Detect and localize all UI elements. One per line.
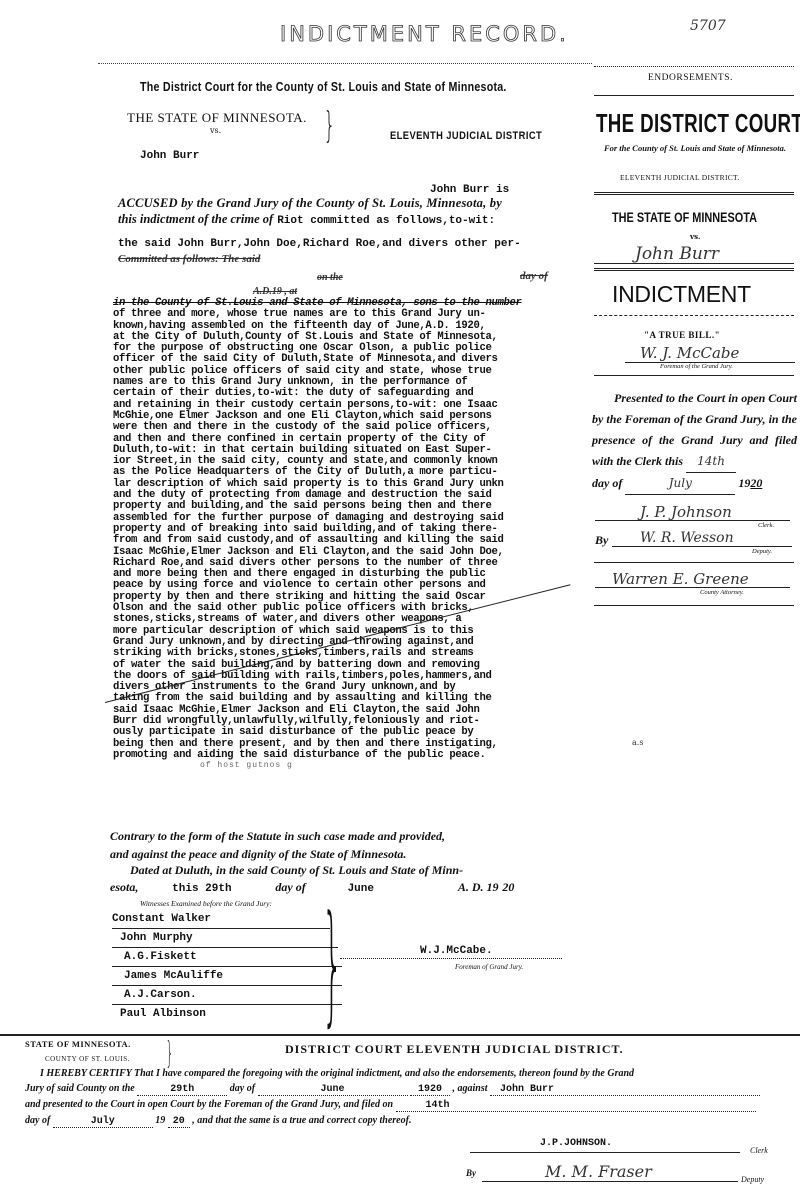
contrary-line-1: Contrary to the form of the Statute in s… — [110, 827, 445, 845]
by-label: By — [595, 533, 608, 548]
divider — [594, 192, 794, 195]
filed-month: July — [625, 473, 735, 495]
divider — [594, 268, 794, 271]
margin-mark: a.s — [632, 738, 643, 747]
cert-line-1: I HEREBY CERTIFY That I have compared th… — [40, 1068, 795, 1079]
clerk-signature: J. P. Johnson — [640, 503, 732, 521]
endorsement-state: THE STATE OF MINNESOTA — [612, 209, 757, 225]
body-line: ously participate in said disturbance of… — [113, 727, 591, 738]
filed-day: 14th — [686, 451, 736, 473]
divider — [594, 66, 794, 67]
cert-defendant: John Burr — [490, 1084, 760, 1096]
cert-year: 1920 — [410, 1084, 450, 1096]
caption-brace: } — [324, 108, 335, 144]
by-label: By — [466, 1168, 476, 1178]
struck-committed: Committed as follows: The said — [118, 253, 260, 265]
cert-month: June — [258, 1084, 408, 1096]
struck-ad: A.D.19 , at — [253, 286, 297, 297]
contrary-clause: Contrary to the form of the Statute in s… — [110, 827, 445, 863]
cert-clerk-name: J.P.JOHNSON. — [540, 1138, 612, 1149]
divider — [594, 562, 794, 563]
witness-name: Paul Albinson — [112, 1005, 338, 1023]
dated-line-1: Dated at Duluth, in the said County of S… — [130, 863, 463, 878]
record-title: INDICTMENT RECORD. — [280, 22, 569, 46]
cert-day: 29th — [137, 1084, 227, 1096]
cert-state: STATE OF MINNESOTA. — [25, 1039, 131, 1049]
divider — [98, 63, 592, 64]
contrary-line-2: and against the peace and dignity of the… — [110, 845, 445, 863]
clerk-sig-line — [595, 520, 790, 521]
cert-line-4: day of July 19 20 , and that the same is… — [25, 1115, 780, 1128]
body-line: property and building,and the said perso… — [113, 501, 591, 512]
cert-line-2: Jury of said County on the 29th day of J… — [25, 1083, 780, 1096]
defendant-name: John Burr — [140, 150, 199, 162]
endorsements-title: ENDORSEMENTS. — [648, 73, 733, 83]
cert-filed-day: 14th — [396, 1100, 756, 1112]
deputy-sig-line — [612, 546, 792, 547]
divider — [0, 1034, 800, 1036]
crime-line: this indictment of the crime of Riot com… — [118, 211, 495, 227]
vs-label: vs. — [210, 126, 221, 135]
deputy-sig-caption: Deputy. — [752, 548, 772, 555]
witness-name: James McAuliffe — [112, 967, 342, 986]
witness-name: A.G.Fiskett — [112, 948, 342, 967]
witness-brace: } — [322, 898, 343, 1028]
accused-name: John Burr is — [430, 184, 509, 196]
cert-brace: } — [166, 1036, 174, 1071]
divider — [594, 605, 794, 606]
day-of-label: day of — [592, 476, 622, 490]
foreman-name: W.J.McCabe. — [420, 945, 493, 957]
witness-name: A.J.Carson. — [112, 986, 342, 1005]
attorney-caption: County Attorney. — [700, 589, 744, 596]
deputy-signature-line — [482, 1181, 738, 1182]
endorsement-defendant: John Burr — [635, 244, 719, 264]
foreman-caption: Foreman of Grand Jury. — [455, 963, 523, 971]
foreman-sig-caption: Foreman of the Grand Jury. — [660, 363, 733, 370]
cert-county: COUNTY OF ST. LOUIS. — [45, 1055, 130, 1063]
clerk-caption: Clerk — [750, 1146, 768, 1155]
cert-heading: DISTRICT COURT ELEVENTH JUDICIAL DISTRIC… — [285, 1042, 624, 1057]
faint-text: of host gutnos g — [200, 761, 293, 770]
deputy-caption: Deputy — [741, 1175, 764, 1184]
cert-text: , and that the same is a true and correc… — [192, 1115, 411, 1126]
presented-text: Presented to the Court in open Court by … — [592, 388, 797, 495]
clerk-signature-line — [470, 1152, 740, 1153]
deputy-signature: M. M. Fraser — [545, 1162, 652, 1181]
crime-value: Riot committed as follows,to-wit: — [277, 215, 495, 227]
crime-prefix: this indictment of the crime of — [118, 212, 273, 226]
witnesses-label: Witnesses Examined before the Grand Jury… — [140, 899, 272, 908]
divider — [594, 375, 794, 376]
indictment-body: in the County of St.Louis and State of M… — [113, 298, 591, 761]
body-line: stones,sticks,streams of water,and diver… — [113, 614, 591, 625]
endorsement-court: THE DISTRICT COURT, — [596, 108, 800, 139]
plaintiff: THE STATE OF MINNESOTA. — [127, 110, 307, 126]
filed-year: 20 — [750, 476, 762, 490]
divider — [594, 95, 794, 96]
dated-day: this 29th — [172, 883, 231, 895]
court-heading: The District Court for the County of St.… — [140, 79, 507, 94]
body-line: of three and more, whose true names are … — [113, 309, 591, 320]
dated-year: 20 — [502, 880, 514, 894]
body-line: certain of their duties,to-wit: the duty… — [113, 388, 591, 399]
cert-filed-year: 20 — [168, 1116, 190, 1128]
cert-line-3: and presented to the Court in open Court… — [25, 1099, 780, 1112]
endorsement-doc-type: INDICTMENT — [612, 281, 751, 308]
cert-text: , against — [453, 1083, 488, 1094]
true-bill-label: "A TRUE BILL." — [644, 330, 720, 340]
endorsement-vs: vs. — [690, 232, 700, 241]
struck-day-of: day of — [520, 270, 548, 282]
accused-text: ACCUSED by the Grand Jury of the County … — [118, 196, 502, 211]
attorney-sig-line — [595, 587, 790, 588]
dated-month: June — [348, 883, 374, 895]
cert-text: 19 — [155, 1115, 165, 1126]
body-line: striking with bricks,stones,sticks,timbe… — [113, 648, 591, 659]
year-label: 19 — [738, 476, 750, 490]
witness-name: Constant Walker — [112, 910, 330, 929]
cert-text: and presented to the Court in open Court… — [25, 1099, 393, 1110]
clerk-sig-caption: Clerk. — [758, 522, 774, 529]
divider — [594, 315, 794, 316]
attorney-signature: Warren E. Greene — [612, 570, 749, 588]
foreman-signature: W. J. McCabe — [640, 344, 739, 362]
deputy-signature: W. R. Wesson — [640, 530, 734, 546]
ad-label: A. D. 19 — [458, 880, 499, 894]
endorsement-district: ELEVENTH JUDICIAL DISTRICT. — [620, 173, 740, 182]
dated-line-2: esota, this 29th day of June A. D. 19 20 — [110, 880, 580, 895]
cert-text: day of — [230, 1083, 255, 1094]
opening-line: the said John Burr,John Doe,Richard Roe,… — [118, 238, 521, 250]
body-line: promoting and aiding the said disturbanc… — [113, 750, 591, 761]
body-line: were then and there in the custody of th… — [113, 422, 591, 433]
witness-name: John Murphy — [112, 929, 338, 948]
cert-text: day of — [25, 1115, 50, 1126]
foreman-signature-line — [340, 958, 562, 959]
endorsement-county: For the County of St. Louis and State of… — [600, 143, 790, 154]
district-label: ELEVENTH JUDICIAL DISTRICT — [390, 130, 542, 142]
defendant-line — [594, 263, 794, 264]
body-line: from and from said custody,and of assaul… — [113, 535, 591, 546]
struck-on-the: on the — [317, 272, 343, 283]
document-number: 5707 — [690, 18, 726, 34]
body-line: taking from the said building and by ass… — [113, 693, 591, 704]
day-of-label: day of — [275, 880, 305, 894]
cert-filed-month: July — [53, 1116, 153, 1128]
dated-prefix: esota, — [110, 880, 138, 894]
cert-text: Jury of said County on the — [25, 1083, 135, 1094]
